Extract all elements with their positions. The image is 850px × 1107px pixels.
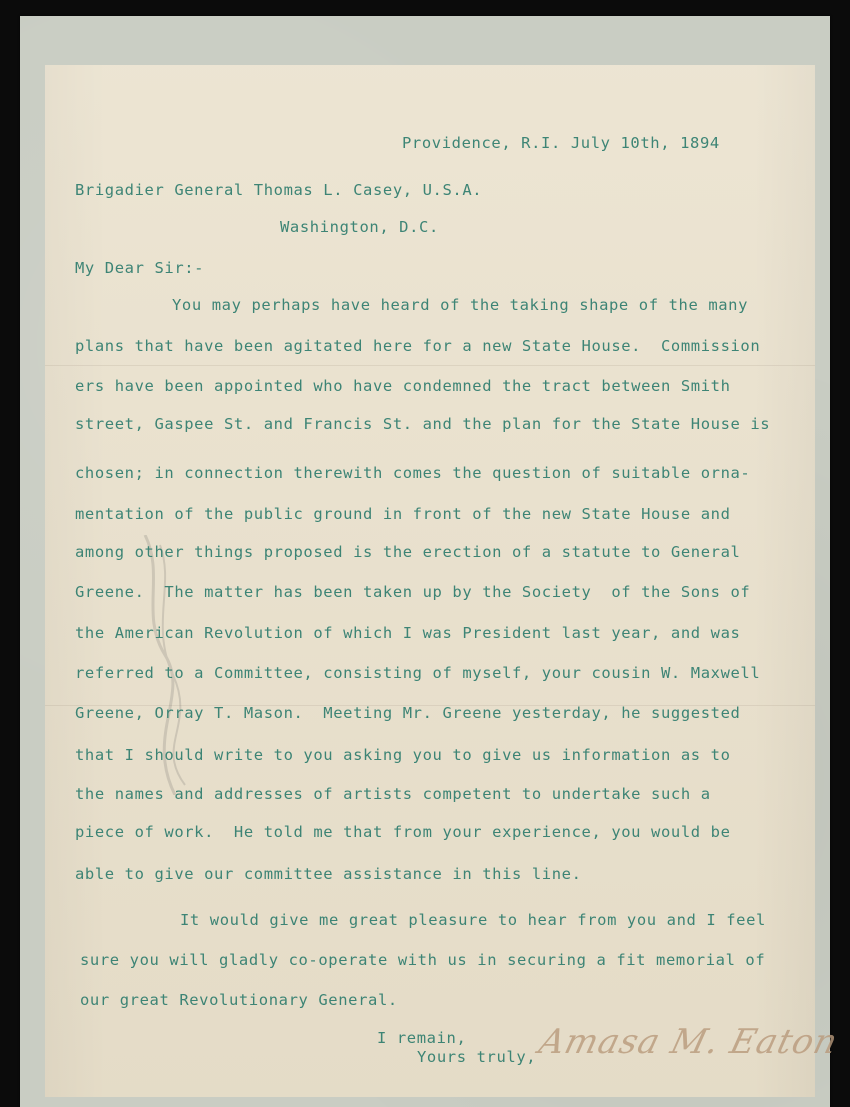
body-line: chosen; in connection therewith comes th… [75,463,750,483]
body-line: street, Gaspee St. and Francis St. and t… [75,414,770,434]
body-line: the names and addresses of artists compe… [75,784,711,804]
body-line: ers have been appointed who have condemn… [75,376,731,396]
body-line: You may perhaps have heard of the taking… [172,295,748,315]
body-line: Greene, Orray T. Mason. Meeting Mr. Gree… [75,703,740,723]
closing-line-1: I remain, [377,1028,466,1048]
body-line: the American Revolution of which I was P… [75,623,740,643]
body-line: able to give our committee assistance in… [75,864,582,884]
body-line: mentation of the public ground in front … [75,504,731,524]
recipient-location: Washington, D.C. [280,217,439,237]
closing-line-2: Yours truly, [417,1047,536,1067]
dateline: Providence, R.I. July 10th, 1894 [402,133,720,153]
body-line: It would give me great pleasure to hear … [180,910,766,930]
body-line: plans that have been agitated here for a… [75,336,760,356]
body-line: that I should write to you asking you to… [75,745,731,765]
body-line: referred to a Committee, consisting of m… [75,663,760,683]
handwritten-signature: Amasa M. Eaton [535,1022,842,1062]
body-line: piece of work. He told me that from your… [75,822,731,842]
salutation: My Dear Sir:- [75,258,204,278]
body-line: our great Revolutionary General. [80,990,398,1010]
body-line: Greene. The matter has been taken up by … [75,582,750,602]
recipient-name: Brigadier General Thomas L. Casey, U.S.A… [75,180,482,200]
paper-fold-line [45,365,815,366]
body-line: among other things proposed is the erect… [75,542,740,562]
body-line: sure you will gladly co-operate with us … [80,950,765,970]
